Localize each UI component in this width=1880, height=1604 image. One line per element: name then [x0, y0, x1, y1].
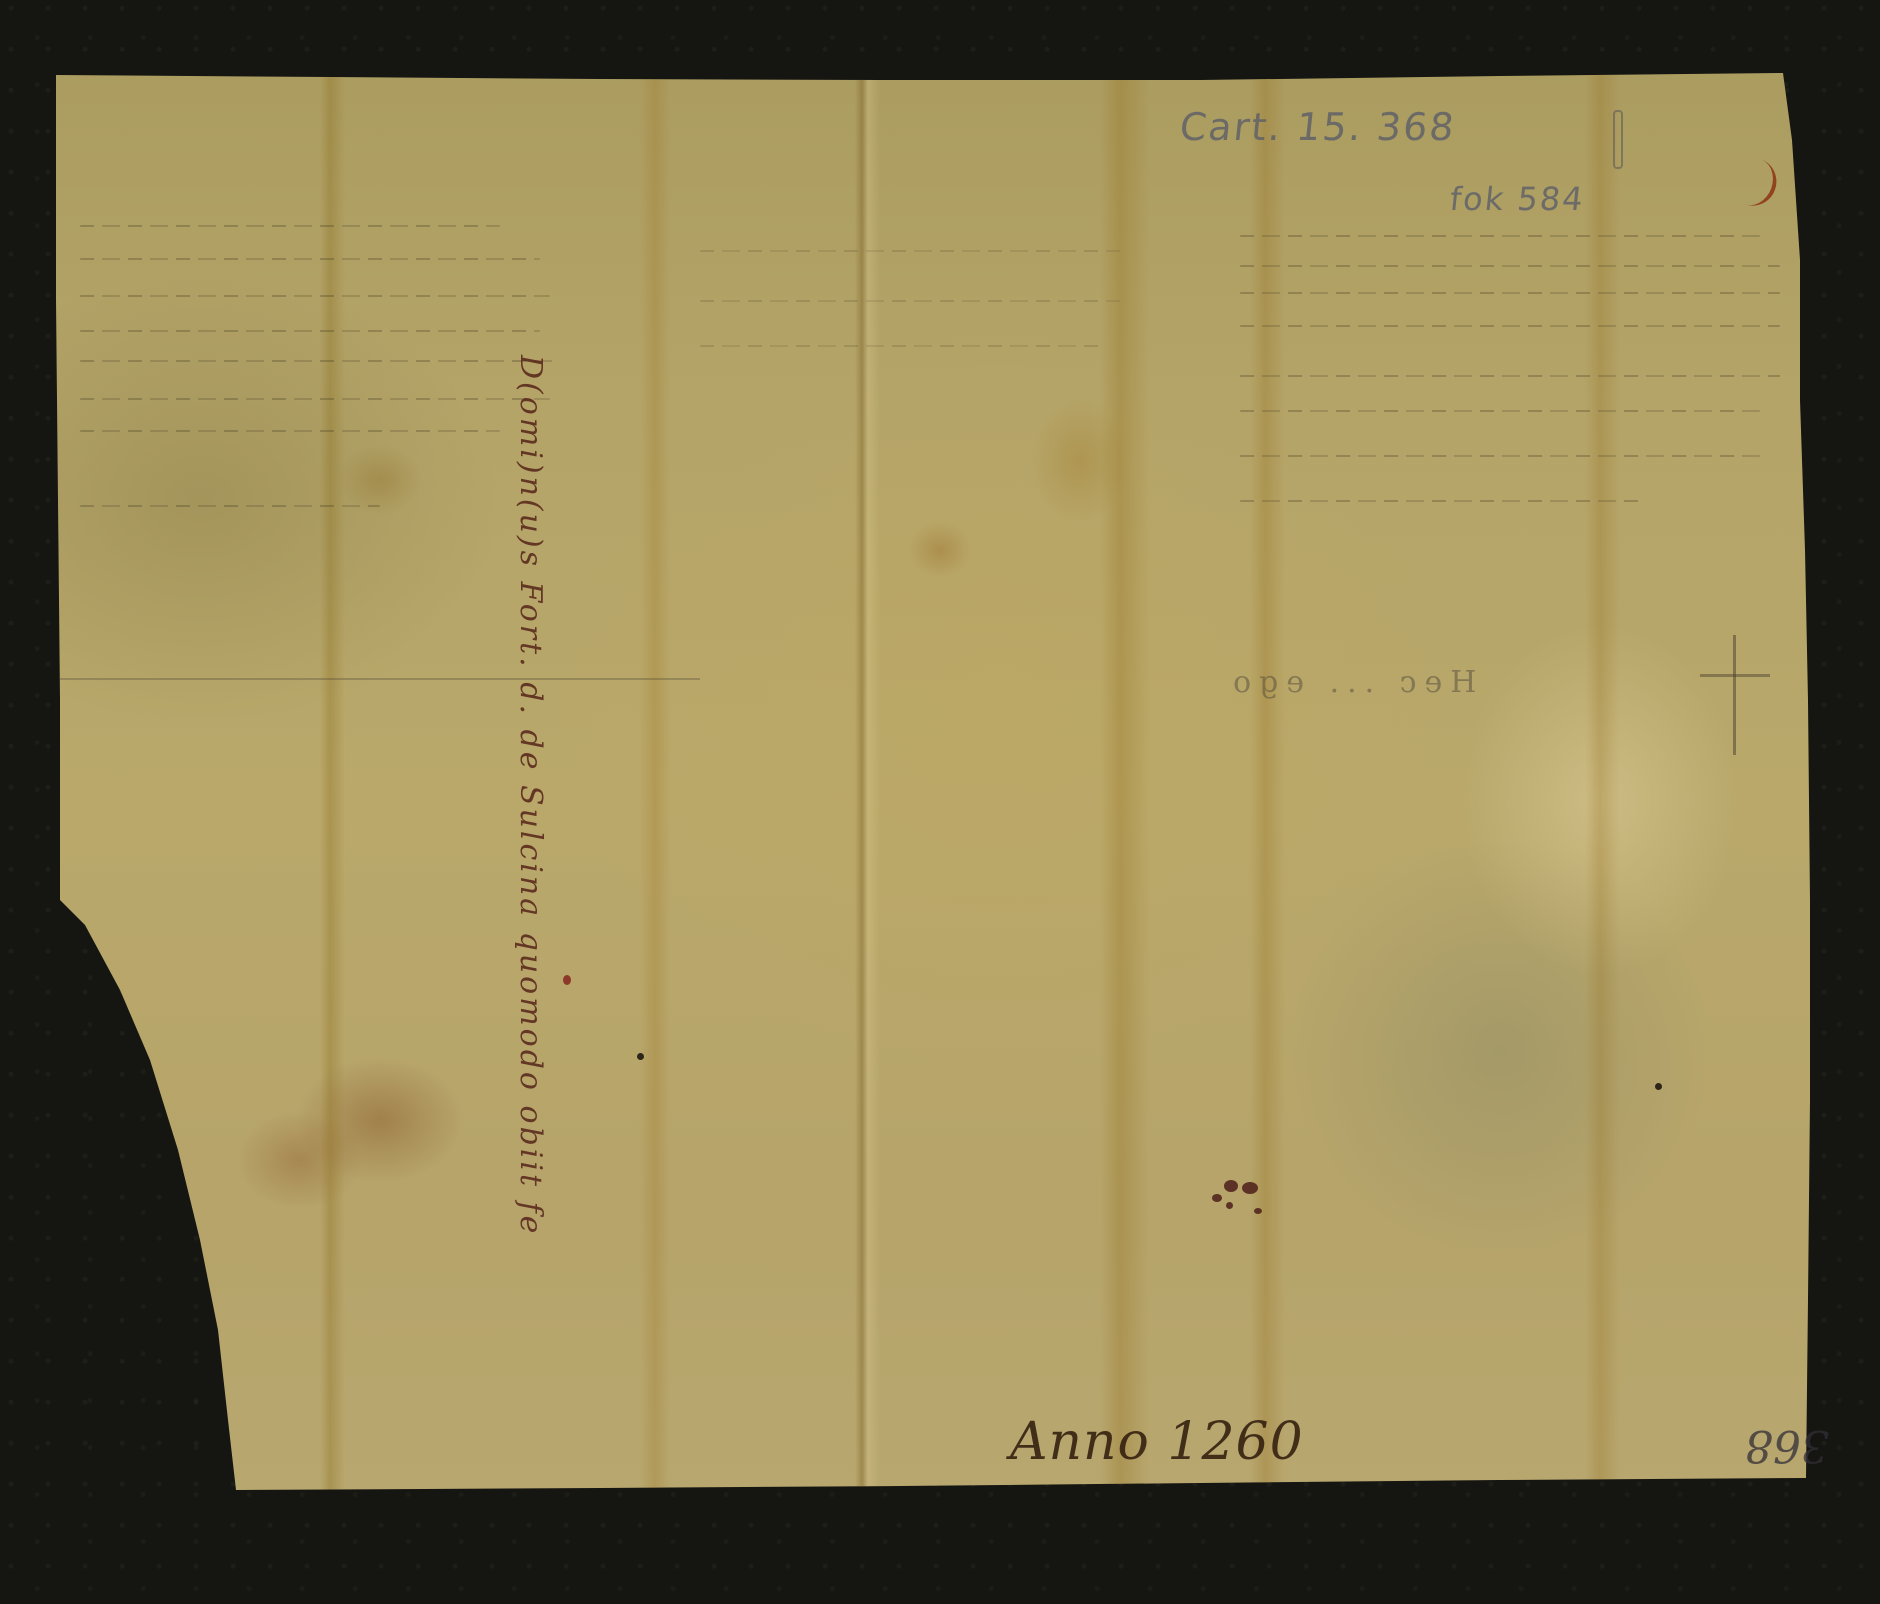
bleed-through-line: [80, 225, 500, 227]
cross-mark-horizontal: [1700, 674, 1770, 677]
bleed-through-line: [700, 250, 1120, 252]
bleed-through-line: [1240, 375, 1780, 377]
photo-stage: Cart. 15. 368 fok 584 D(omi)n(u)s Fort. …: [0, 0, 1880, 1604]
bleed-through-line: [80, 505, 380, 507]
medieval-endorsement: D(omi)n(u)s Fort. d. de Sulcina quomodo …: [513, 355, 548, 1236]
cross-mark-vertical: [1733, 635, 1736, 755]
shelfmark-number: 368: [1745, 1420, 1829, 1471]
bleed-through-line: [1240, 265, 1780, 267]
archival-shelfmark: Cart. 15. 368: [1178, 105, 1458, 149]
bleed-through-line: [1240, 235, 1760, 237]
bleed-through-line: [1240, 500, 1640, 502]
mirrored-bleedthrough-text: Hec ... ego: [1225, 665, 1476, 700]
bleed-through-line: [1240, 325, 1780, 327]
pencil-mark: [1613, 110, 1623, 169]
bleed-through-line: [1240, 455, 1760, 457]
ink-dot: [1655, 1083, 1662, 1090]
parchment-sheet: [0, 0, 1880, 1604]
bleed-through-line: [80, 295, 550, 297]
ruling-line: [60, 678, 700, 680]
year-annotation: Anno 1260: [1010, 1412, 1304, 1472]
bleed-through-line: [80, 360, 560, 362]
red-ink-dot: [563, 975, 571, 985]
bleed-through-line: [80, 430, 500, 432]
bleed-through-line: [1240, 292, 1780, 294]
bleed-through-line: [80, 258, 540, 260]
bleed-through-line: [700, 345, 1100, 347]
bleed-through-line: [80, 330, 540, 332]
bleed-through-line: [700, 300, 1120, 302]
dark-stain-cluster: [1212, 1180, 1272, 1220]
archival-reference: fok 584: [1448, 180, 1587, 218]
ink-dot: [637, 1053, 644, 1060]
bleed-through-line: [80, 398, 550, 400]
bleed-through-line: [1240, 410, 1760, 412]
